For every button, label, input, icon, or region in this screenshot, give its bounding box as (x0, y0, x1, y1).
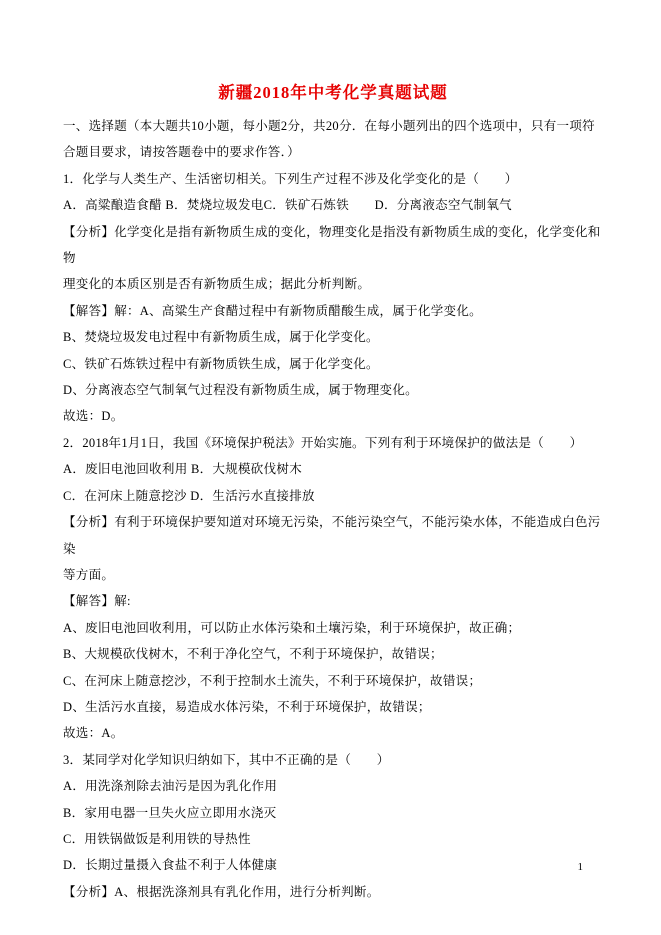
question-options-line: B．家用电器一旦失火应立即用水浇灭 (63, 800, 603, 826)
page-number: 1 (578, 860, 584, 874)
question-solution-line: B、焚烧垃圾发电过程中有新物质生成，属于化学变化。 (63, 324, 603, 350)
question-stem: 2．2018年1月1日，我国《环境保护税法》开始实施。下列有利于环境保护的做法是… (63, 430, 603, 456)
question-analysis: 【分析】A、根据洗涤剂具有乳化作用，进行分析判断。 (63, 879, 603, 905)
question-analysis: 【分析】化学变化是指有新物质生成的变化，物理变化是指没有新物质生成的变化，化学变… (63, 219, 603, 298)
question-options-line: C．用铁锅做饭是利用铁的导热性 (63, 826, 603, 852)
document-content: 新疆2018年中考化学真题试题 一、选择题（本大题共10小题，每小题2分，共20… (63, 80, 603, 905)
question-solution-line: D、生活污水直接，易造成水体污染，不利于环境保护，故错误； (63, 694, 603, 720)
question-options-line: D．长期过量摄入食盐不利于人体健康 (63, 852, 603, 878)
question-options-line: A．用洗涤剂除去油污是因为乳化作用 (63, 773, 603, 799)
question-block: 2．2018年1月1日，我国《环境保护税法》开始实施。下列有利于环境保护的做法是… (63, 430, 603, 747)
question-options-line: A．废旧电池回收利用 B．大规模砍伐树木 (63, 456, 603, 482)
question-block: 3．某同学对化学知识归纳如下，其中不正确的是（ ）A．用洗涤剂除去油污是因为乳化… (63, 747, 603, 905)
question-solution-line: C、铁矿石炼铁过程中有新物质铁生成，属于化学变化。 (63, 351, 603, 377)
document-title: 新疆2018年中考化学真题试题 (63, 80, 603, 105)
question-solution-line: B、大规模砍伐树木，不利于净化空气，不利于环境保护，故错误； (63, 641, 603, 667)
question-stem: 3．某同学对化学知识归纳如下，其中不正确的是（ ） (63, 747, 603, 773)
question-solution-line: 【解答】解: (63, 588, 603, 614)
question-solution-line: 故选：A。 (63, 720, 603, 746)
section-intro: 一、选择题（本大题共10小题，每小题2分，共20分．在每小题列出的四个选项中，只… (63, 113, 603, 166)
exam-document-page: 新疆2018年中考化学真题试题 一、选择题（本大题共10小题，每小题2分，共20… (0, 0, 661, 935)
question-block: 1．化学与人类生产、生活密切相关。下列生产过程不涉及化学变化的是（ ）A．高粱酿… (63, 166, 603, 430)
question-solution-line: 【解答】解：A、高粱生产食醋过程中有新物质醋酸生成，属于化学变化。 (63, 298, 603, 324)
question-solution-line: D、分离液态空气制氧气过程没有新物质生成，属于物理变化。 (63, 377, 603, 403)
question-options-line: A．高粱酿造食醋 B．焚烧垃圾发电C．铁矿石炼铁 D．分离液态空气制氧气 (63, 192, 603, 218)
question-solution-line: C、在河床上随意挖沙，不利于控制水土流失，不利于环境保护，故错误； (63, 668, 603, 694)
question-options-line: C．在河床上随意挖沙 D．生活污水直接排放 (63, 483, 603, 509)
questions: 1．化学与人类生产、生活密切相关。下列生产过程不涉及化学变化的是（ ）A．高粱酿… (63, 166, 603, 905)
question-stem: 1．化学与人类生产、生活密切相关。下列生产过程不涉及化学变化的是（ ） (63, 166, 603, 192)
question-solution-line: A、废旧电池回收利用，可以防止水体污染和土壤污染，利于环境保护，故正确； (63, 615, 603, 641)
question-analysis: 【分析】有利于环境保护要知道对环境无污染，不能污染空气，不能污染水体，不能造成白… (63, 509, 603, 588)
question-solution-line: 故选：D。 (63, 403, 603, 429)
